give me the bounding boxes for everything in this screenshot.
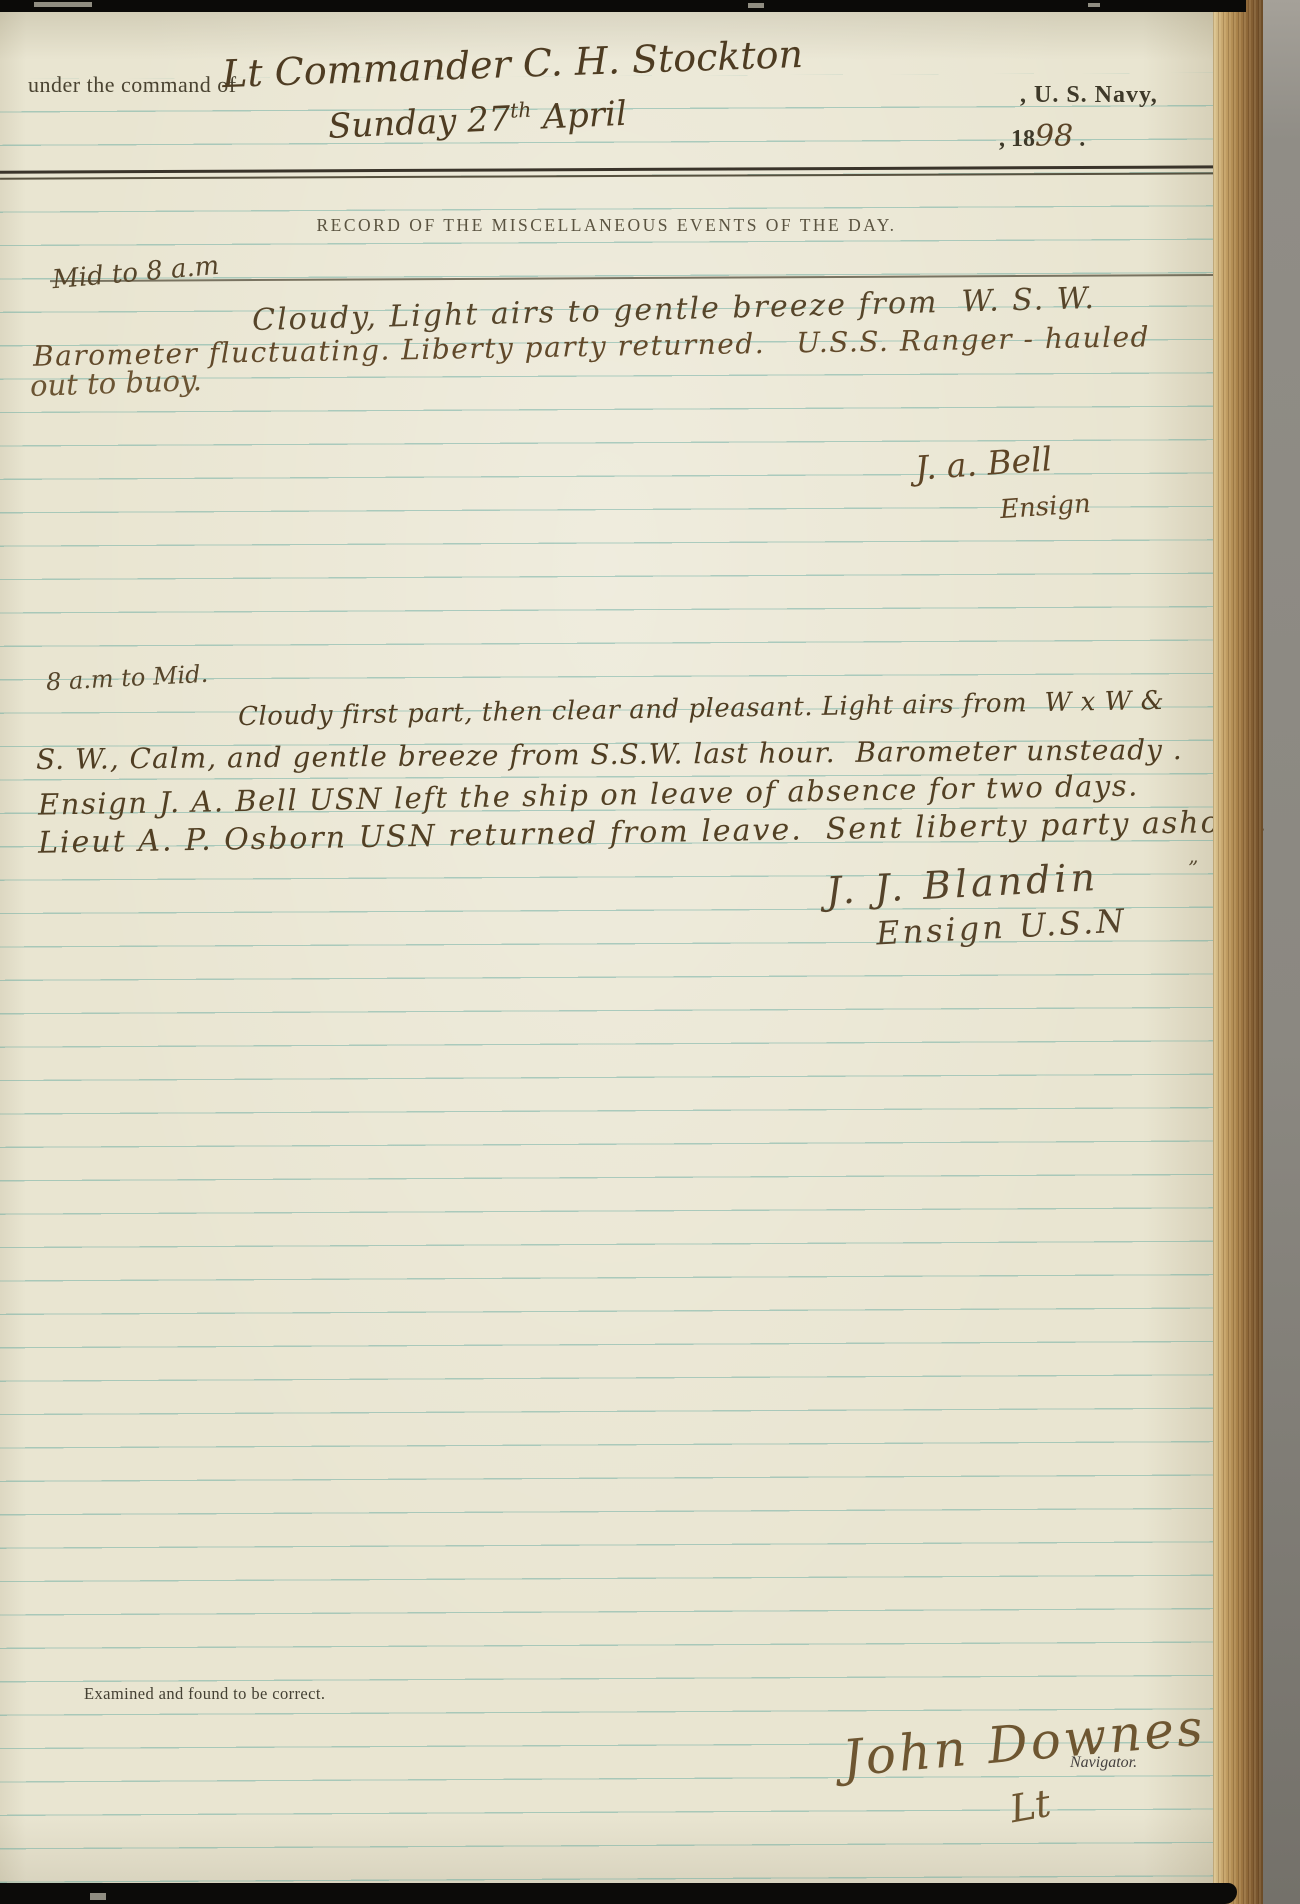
- entry-line: out to buoy.: [29, 363, 202, 403]
- year-suffix-label: .: [1073, 126, 1085, 152]
- ink-margin-mark: ”: [1188, 856, 1198, 880]
- date-month: April: [531, 94, 628, 138]
- navigator-label: Navigator.: [1070, 1754, 1137, 1772]
- logbook-page: under the command of Lt Commander C. H. …: [0, 0, 1213, 1904]
- border-notch: [90, 1893, 106, 1900]
- border-notch: [748, 3, 764, 8]
- top-border-bar: [0, 0, 1246, 12]
- section-title: RECORD OF THE MISCELLANEOUS EVENTS OF TH…: [0, 215, 1213, 236]
- navigator-rank-handwriting: Lt: [1006, 1781, 1054, 1831]
- year-line: , 1898 .: [999, 119, 1085, 154]
- page-stack-edge: [1213, 0, 1263, 1904]
- border-notch: [1088, 3, 1100, 7]
- examined-label: Examined and found to be correct.: [84, 1684, 325, 1704]
- border-notch: [34, 2, 92, 7]
- command-prefix-label: under the command of: [28, 72, 237, 98]
- bottom-border-bar: [0, 1883, 1237, 1904]
- navy-label: , U. S. Navy,: [1020, 82, 1158, 109]
- date-day: Sunday 27: [327, 99, 511, 147]
- logbook-scan: under the command of Lt Commander C. H. …: [0, 0, 1300, 1904]
- year-handwriting: 98: [1035, 119, 1073, 154]
- year-prefix-label: , 18: [999, 126, 1035, 152]
- signature-rank: Ensign: [999, 489, 1092, 525]
- date-ordinal: th: [509, 98, 531, 123]
